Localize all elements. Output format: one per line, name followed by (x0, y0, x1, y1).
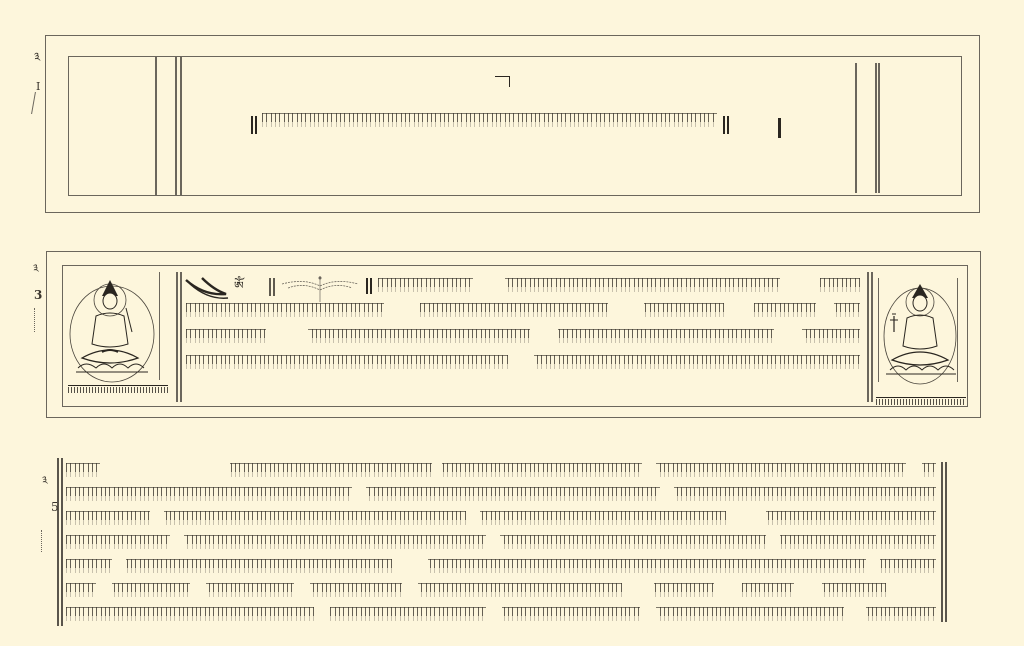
text-folio-line: … (66, 484, 936, 506)
text-folio-line: … (66, 580, 936, 602)
title-folio-left-column-rule (180, 57, 182, 195)
shad-mark (251, 116, 253, 134)
illustrated-folio-margin-mark: 3 (34, 288, 42, 302)
figure-divider-rule (176, 272, 178, 402)
text-folio-right-rule (941, 462, 943, 622)
title-folio-left-column-rule (155, 57, 157, 195)
text-folio-right-rule (945, 462, 947, 622)
left-figure-caption: Tibetan caption beneath left figure (68, 384, 168, 394)
shad-mark (727, 116, 729, 134)
title-folio-right-column-rule (878, 63, 880, 193)
figure-divider-rule (180, 272, 182, 402)
illustrated-folio-text-line: … (186, 300, 860, 322)
text-folio-line: … (66, 508, 936, 530)
shad-mark (370, 278, 372, 294)
title-folio-margin-mark: ༣ (34, 44, 40, 78)
text-folio-vertical-note (41, 530, 50, 552)
text-folio-line: … (66, 532, 936, 554)
title-folio-left-column-rule (175, 57, 177, 195)
illustrated-folio-margin-mark: ༣ (33, 256, 39, 287)
text-folio-line: … (66, 556, 936, 578)
title-folio-vertical-note (31, 92, 46, 114)
right-bodhisattva-figure (880, 276, 960, 388)
title-folio-right-column-rule (875, 63, 877, 193)
figure-divider-rule (867, 272, 869, 402)
text-folio-margin-mark: ༣ (42, 468, 48, 499)
shad-mark (366, 278, 368, 294)
svg-text:ཨོཾ: ཨོཾ (234, 276, 245, 293)
heading-mark (495, 76, 510, 87)
illustrated-folio-text-line: ༄༅༅། ། … (378, 275, 860, 297)
illustrated-folio-vertical-note (34, 308, 43, 332)
title-folio-right-column-rule (855, 63, 857, 193)
left-bodhisattva-figure (66, 272, 158, 384)
illustrated-folio-text-line: … (186, 326, 860, 348)
shad-mark (255, 116, 257, 134)
title-text-line: ༄། །ཕགས་པ་ཤེས་རབ་ཀྱི་ཕ་རོལ་ཏུ་ཕྱིན་པ་… (262, 110, 717, 132)
illustrated-folio-text-line: … (186, 352, 860, 374)
text-folio-left-rule (61, 458, 63, 626)
text-folio-line: … (66, 604, 936, 626)
end-mark (778, 118, 781, 138)
text-folio-line: … (66, 460, 936, 482)
right-figure-caption: Tibetan caption beneath right figure (876, 396, 966, 406)
shad-mark (723, 116, 725, 134)
text-folio-margin-mark: 5 (51, 500, 59, 514)
figure-divider-rule (871, 272, 873, 402)
text-folio-left-rule (57, 458, 59, 626)
